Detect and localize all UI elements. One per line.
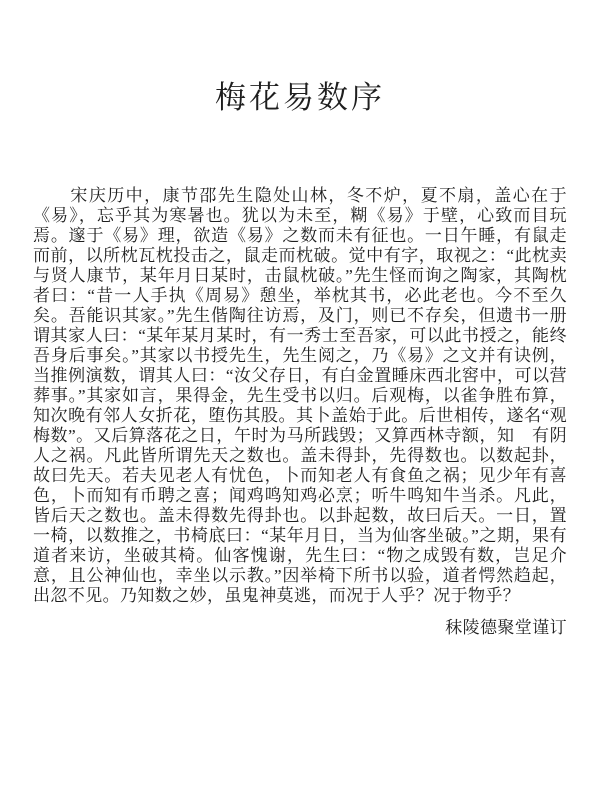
body-paragraph: 宋庆历中，康节邵先生隐处山林，冬不炉，夏不扇，盖心在于《易》，忘乎其为寒暑也。犹…	[33, 186, 567, 606]
page-title: 梅花易数序	[33, 80, 567, 116]
signature-line: 秣陵德聚堂谨订	[33, 618, 567, 638]
document-page: 梅花易数序 宋庆历中，康节邵先生隐处山林，冬不炉，夏不扇，盖心在于《易》，忘乎其…	[0, 0, 600, 800]
